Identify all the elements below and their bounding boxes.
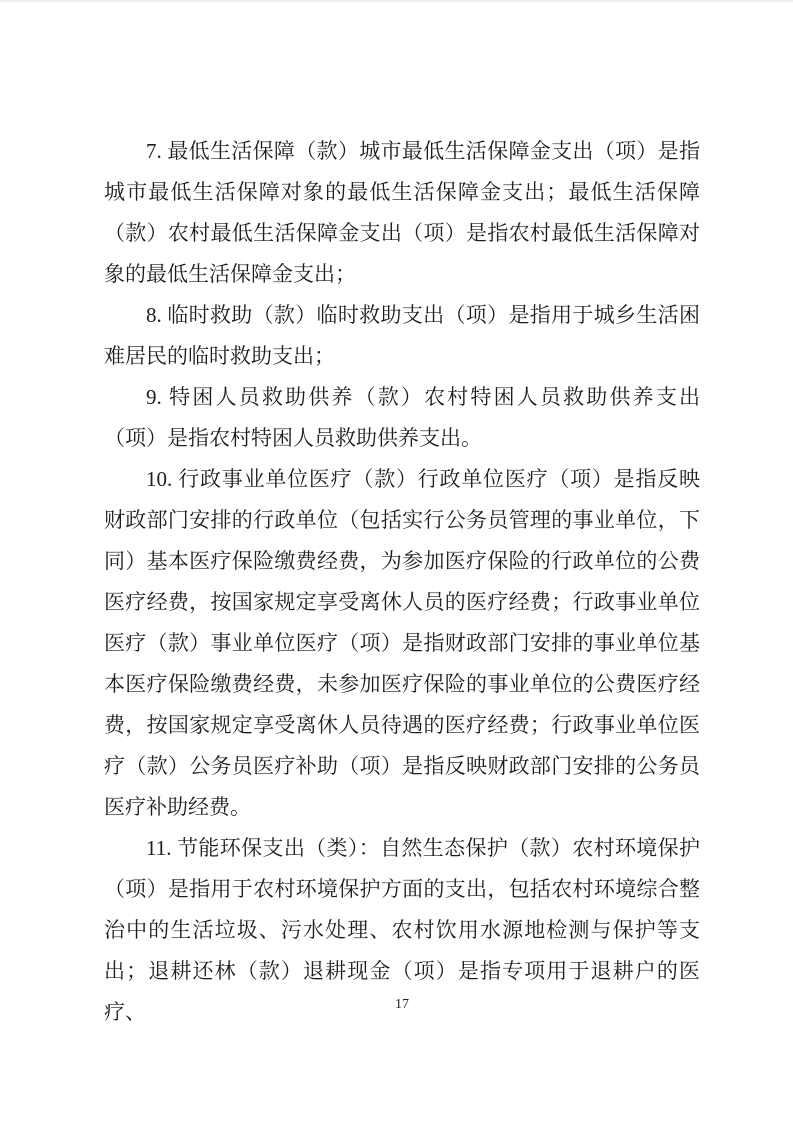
document-body: 7. 最低生活保障（款）城市最低生活保障金支出（项）是指城市最低生活保障对象的最… xyxy=(104,131,700,1033)
document-page: 7. 最低生活保障（款）城市最低生活保障金支出（项）是指城市最低生活保障对象的最… xyxy=(0,0,793,1122)
page-number: 17 xyxy=(104,997,700,1013)
paragraph-8-temporary-assistance: 8. 临时救助（款）临时救助支出（项）是指用于城乡生活困难居民的临时救助支出； xyxy=(104,295,700,377)
paragraph-9-destitute-persons-support: 9. 特困人员救助供养（款）农村特困人员救助供养支出（项）是指农村特困人员救助供… xyxy=(104,377,700,459)
page-top-edge xyxy=(0,0,793,2)
paragraph-10-admin-institution-medical: 10. 行政事业单位医疗（款）行政单位医疗（项）是指反映财政部门安排的行政单位（… xyxy=(104,459,700,828)
paragraph-7-minimum-living-allowance: 7. 最低生活保障（款）城市最低生活保障金支出（项）是指城市最低生活保障对象的最… xyxy=(104,131,700,295)
